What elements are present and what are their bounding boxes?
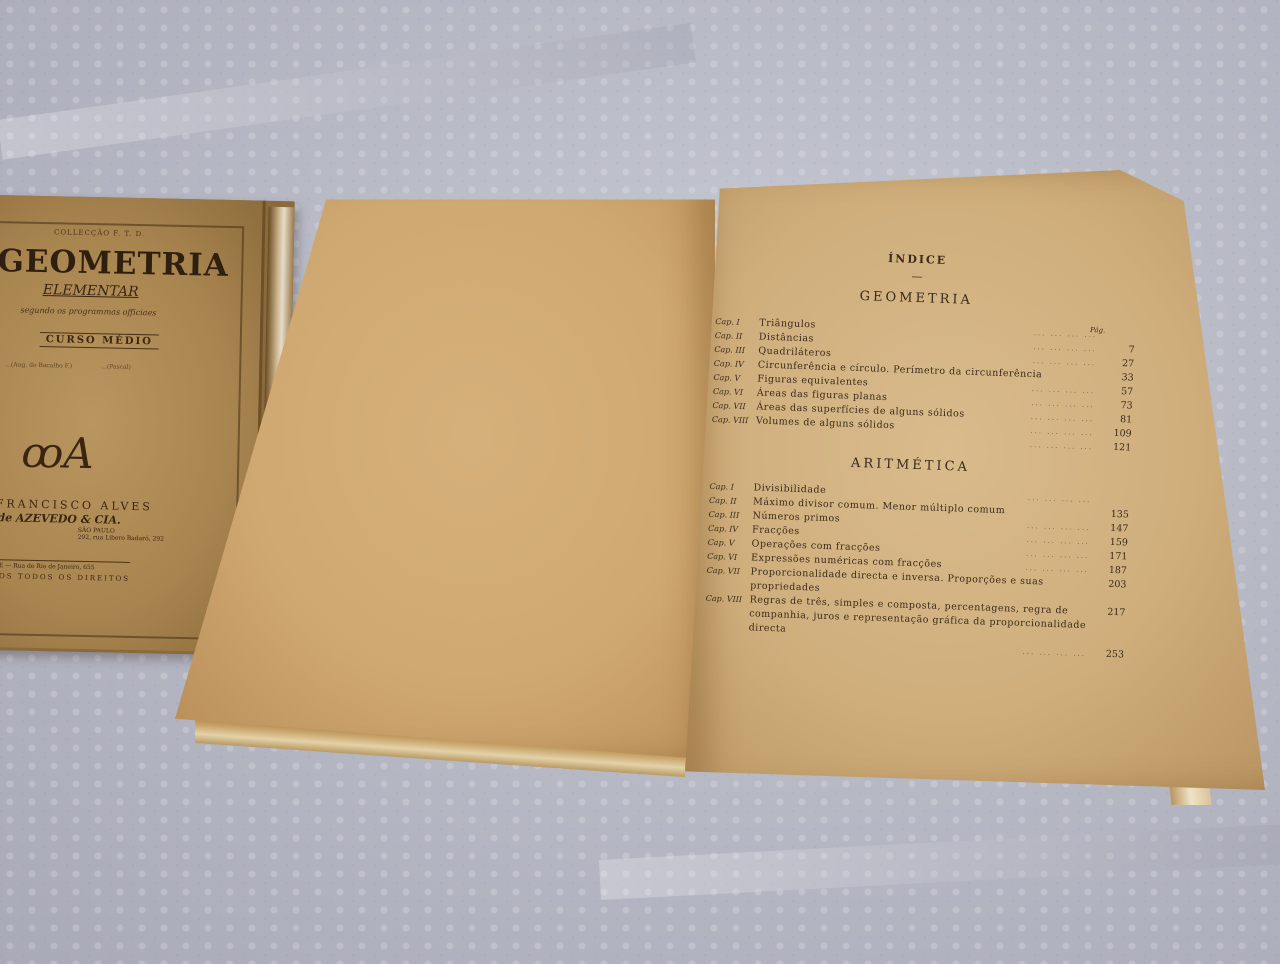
section-aritmetica: ARITMÉTICA Cap. IDivisibilidade... ... .… xyxy=(704,451,1131,663)
toc-page: 253 xyxy=(1090,647,1124,662)
toc-cap: Cap. I xyxy=(715,315,759,331)
publisher-emblem-icon: ꝏA xyxy=(21,428,94,479)
toc-cap: Cap. III xyxy=(714,343,758,359)
cover-branch: ...ONTE — Rua do Rio de Janeiro, 655 xyxy=(0,562,130,572)
toc-page: 73 xyxy=(1098,398,1132,413)
toc-cap: Cap. III xyxy=(708,508,752,524)
cover-rights: ...ONTE — Rua do Rio de Janeiro, 655 ...… xyxy=(0,559,130,583)
toc-cap: Cap. VIII xyxy=(712,413,756,429)
section-geometria: GEOMETRIA Pág. Cap. ITriângulos... ... .… xyxy=(711,284,1136,456)
toc-page: 27 xyxy=(1100,356,1134,371)
toc-page: 187 xyxy=(1093,563,1127,578)
toc-cap: Cap. VI xyxy=(707,550,751,566)
index-page-content: ÍNDICE — GEOMETRIA Pág. Cap. ITriângulos… xyxy=(704,246,1138,662)
toc-page xyxy=(1095,502,1129,503)
toc-dots: ... ... ... ... xyxy=(1030,438,1094,454)
toc-page: 171 xyxy=(1093,549,1127,564)
toc-cap: Cap. II xyxy=(715,329,759,345)
toc-page: 159 xyxy=(1094,535,1128,550)
toc-cap: Cap. IV xyxy=(708,522,752,538)
toc-cap: Cap. V xyxy=(713,371,757,387)
toc-page: 109 xyxy=(1097,426,1131,441)
toc-page xyxy=(1101,337,1135,338)
section-title: ARITMÉTICA xyxy=(690,450,1130,480)
cover-subtitle: ELEMENTAR xyxy=(43,282,139,300)
cover-city: SÃO PAULO 292, rua Libero Badaró, 292 xyxy=(78,527,165,543)
toc-page: 33 xyxy=(1099,370,1133,385)
toc-cap: Cap. V xyxy=(707,536,751,552)
toc-page: 7 xyxy=(1100,342,1134,357)
toc-cap: Cap. II xyxy=(709,494,753,510)
toc-cap: Cap. VII xyxy=(712,399,756,415)
left-page-blank xyxy=(175,170,715,760)
toc-dots: ... ... ... ... xyxy=(1022,645,1086,661)
toc-page: 217 xyxy=(1091,605,1125,620)
cover-publisher-line2: O de AZEVEDO & CIA. xyxy=(0,511,121,527)
toc-cap: Cap. VIII xyxy=(705,592,749,608)
toc-page: 135 xyxy=(1095,507,1129,522)
cover-level: CURSO MÉDIO xyxy=(40,332,159,349)
toc-cap: Cap. IV xyxy=(714,357,758,373)
toc-page: 147 xyxy=(1094,521,1128,536)
toc-cap: Cap. I xyxy=(709,480,753,496)
toc-cap: Cap. VI xyxy=(713,385,757,401)
toc-page: 57 xyxy=(1099,384,1133,399)
toc-page: 121 xyxy=(1097,440,1131,455)
toc-page: 81 xyxy=(1098,412,1132,427)
toc-page: 203 xyxy=(1092,577,1126,592)
toc-cap: Cap. VII xyxy=(706,564,750,580)
